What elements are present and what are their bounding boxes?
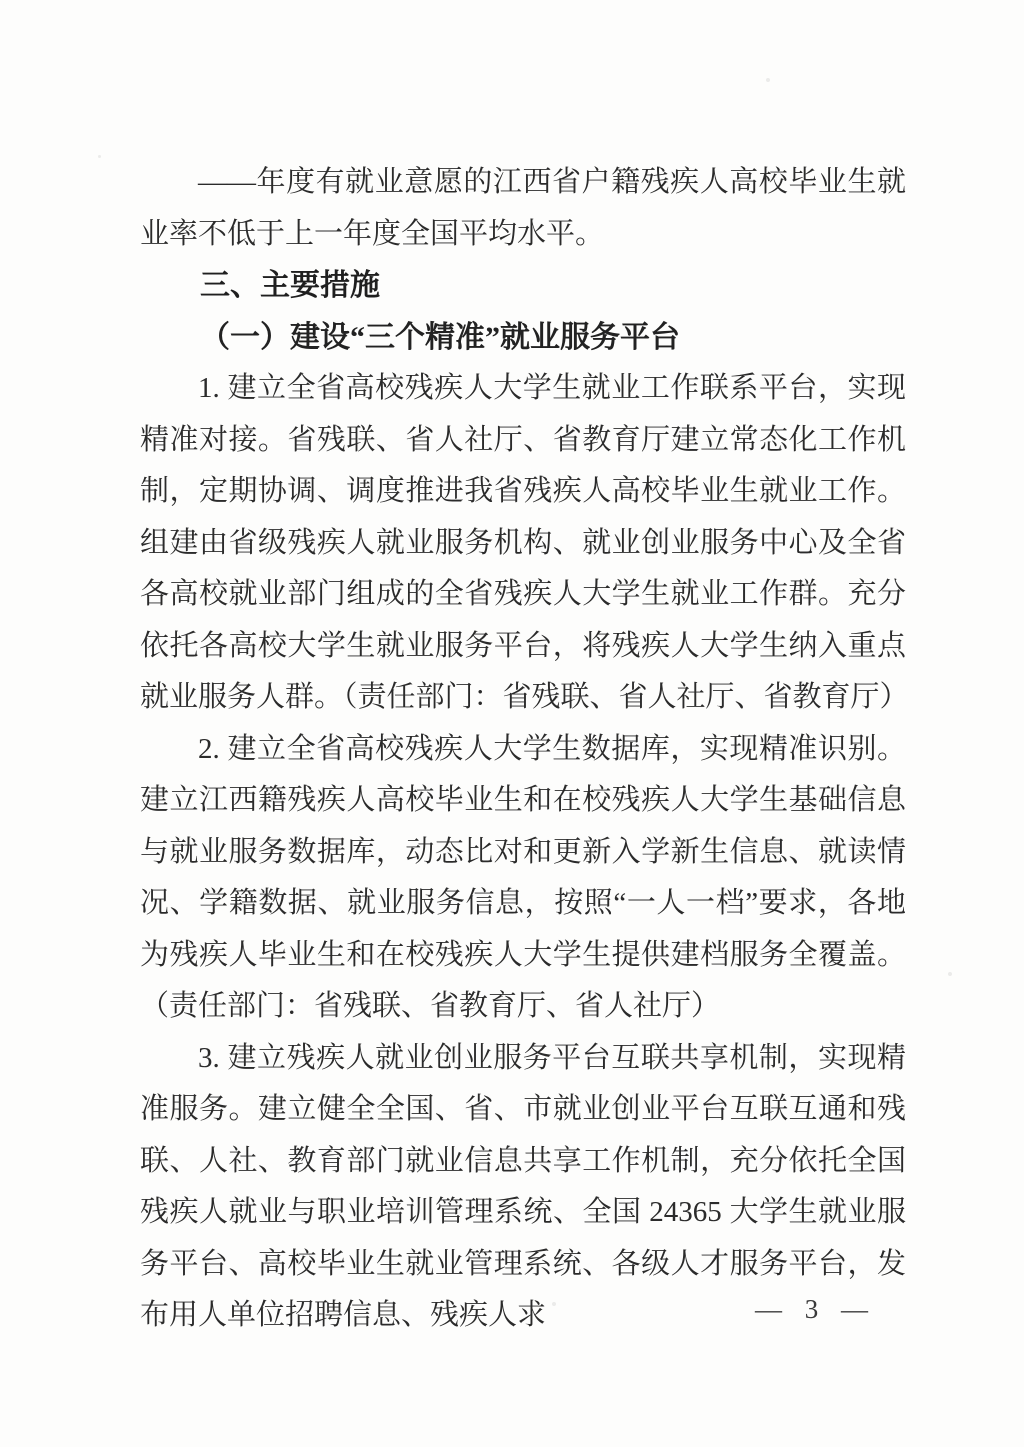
section-heading-main-measures: 三、主要措施 [140,260,906,312]
scan-speck [552,1302,556,1306]
scan-speck [98,155,101,158]
paragraph-item-1: 1. 建立全省高校残疾人大学生就业工作联系平台，实现精准对接。省残联、省人社厅、… [140,363,906,724]
page-number: — 3 — [755,1294,876,1325]
document-page: ——年度有就业意愿的江西省户籍残疾人高校毕业生就业率不低于上一年度全国平均水平。… [0,0,1024,1447]
document-content: ——年度有就业意愿的江西省户籍残疾人高校毕业生就业率不低于上一年度全国平均水平。… [140,157,906,1342]
subsection-heading-three-precise-platforms: （一）建设“三个精准”就业服务平台 [140,312,906,364]
paragraph-item-2: 2. 建立全省高校残疾人大学生数据库，实现精准识别。建立江西籍残疾人高校毕业生和… [140,724,906,1033]
scan-speck [948,972,952,976]
paragraph-employment-rate-goal: ——年度有就业意愿的江西省户籍残疾人高校毕业生就业率不低于上一年度全国平均水平。 [140,157,906,260]
scan-speck [766,78,770,82]
